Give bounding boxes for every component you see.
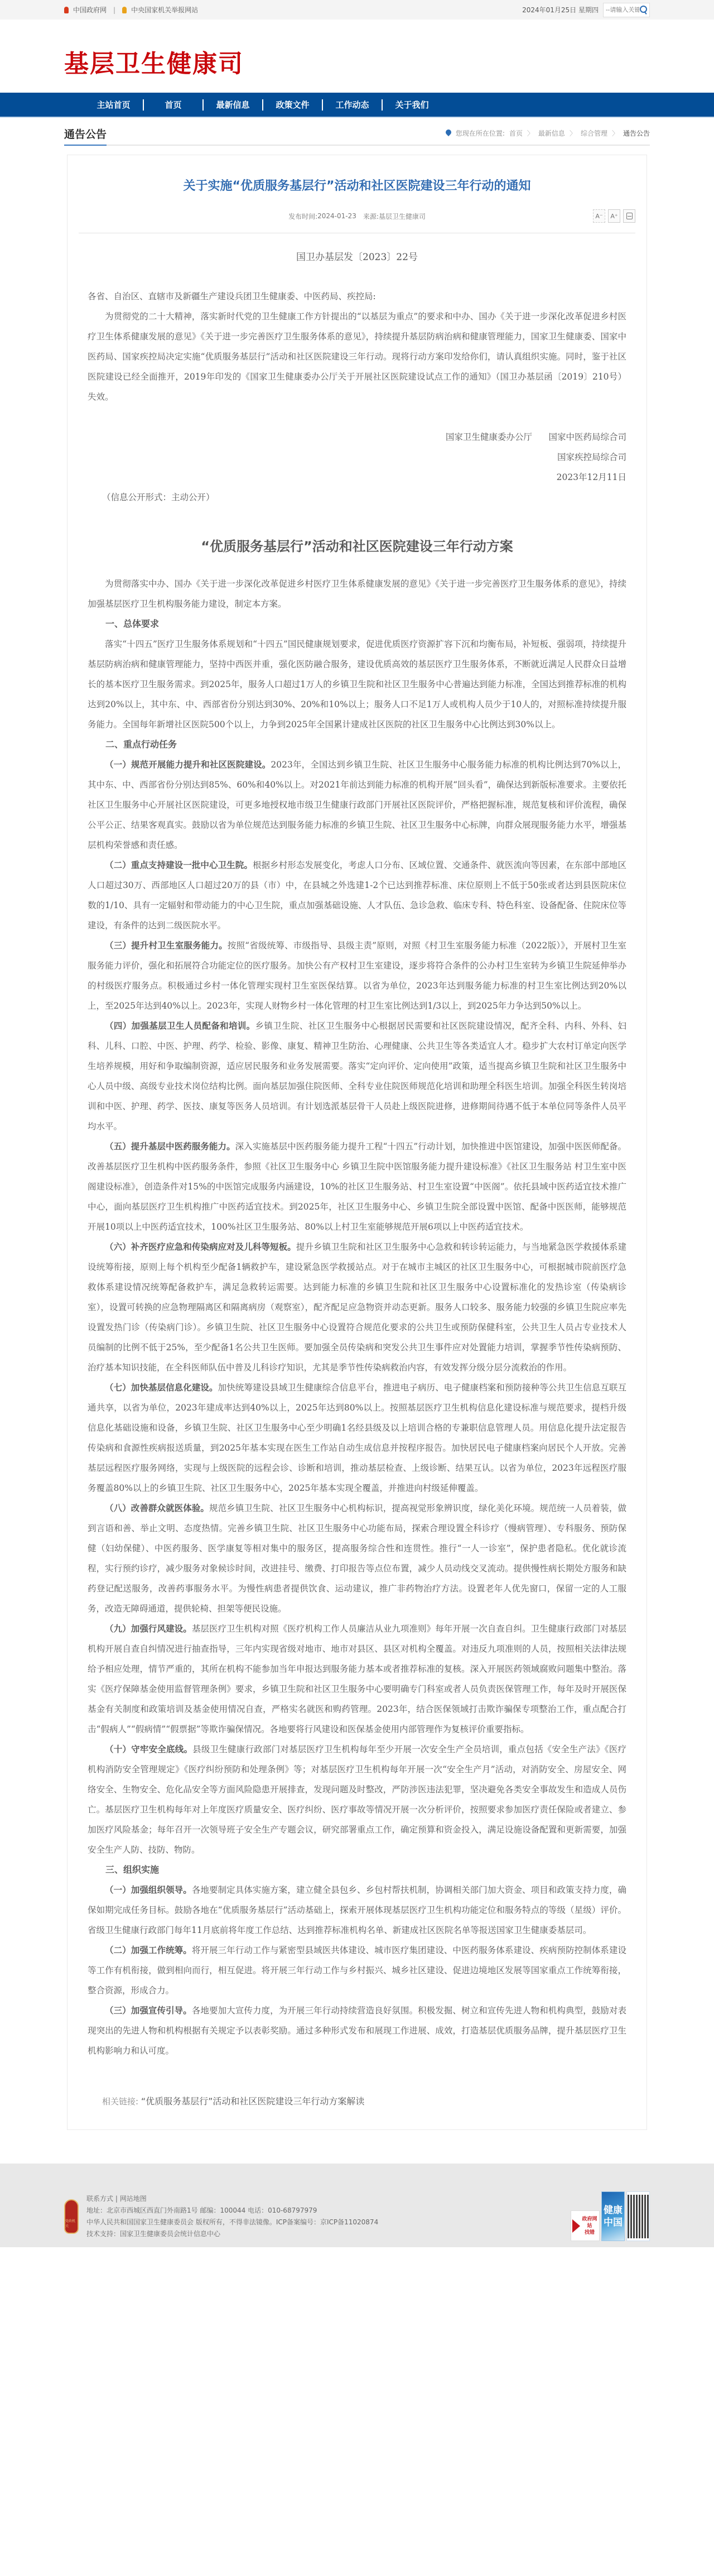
signer-1: 国家卫生健康委办公厅 [446, 432, 532, 442]
chevron-right-icon: 〉 [527, 128, 534, 138]
task-lead: （六）补齐医疗应急和传染病应对及儿科等短板。 [105, 1241, 296, 1252]
publish-label: 发布时间: [288, 212, 317, 221]
chevron-right-icon: 〉 [570, 128, 576, 138]
task-paragraph: （五）提升基层中医药服务能力。深入实施基层中医药服务能力提升工程“十四五”行动计… [88, 1136, 626, 1237]
nav-latest-info[interactable]: 最新信息 [204, 99, 262, 111]
link-report-site[interactable]: 中央国家机关举报网站 [131, 5, 198, 15]
article-container: 关于实施“优质服务基层行”活动和社区医院建设三年行动的通知 发布时间: 2024… [67, 155, 647, 2130]
footer-address: 地址：北京市西城区西直门外南路1号 邮编：100044 电话：010-68797… [86, 2205, 378, 2217]
top-utility-bar: 中国政府网 | 中央国家机关举报网站 2024年01月25日 星期四 [0, 0, 714, 20]
source-label: 来源: [363, 212, 379, 221]
breadcrumb-latest-info[interactable]: 最新信息 [538, 128, 565, 138]
article-tools: A⁻ A⁺ [593, 209, 635, 223]
section-header: 通告公告 您现在所在位置: 首页 〉 最新信息 〉 综合管理 〉 通告公告 [64, 118, 650, 146]
print-icon [626, 213, 633, 219]
font-decrease-button[interactable]: A⁻ [593, 209, 605, 223]
divider [79, 233, 635, 233]
location-pin-icon [446, 129, 451, 137]
section-heading: 三、组织实施 [88, 1860, 626, 1880]
plan-body: 为贯彻落实中办、国办《关于进一步深化改革促进乡村医疗卫生体系健康发展的意见》《关… [79, 574, 635, 2061]
nav-policy-documents[interactable]: 政策文件 [263, 99, 322, 111]
footer-copyright: 中华人民共和国国家卫生健康委员会 版权所有，不得非法镜像。ICP备案编号：京IC… [86, 2217, 378, 2228]
site-header: 基层卫生健康司 [0, 20, 714, 93]
link-gov-cn[interactable]: 中国政府网 [73, 5, 107, 15]
article-title: 关于实施“优质服务基层行”活动和社区医院建设三年行动的通知 [79, 155, 635, 194]
task-lead: （一）加强组织领导。 [105, 1884, 192, 1895]
signer-2: 国家中医药局综合司 [548, 432, 626, 442]
notice-paragraph: 为贯彻党的二十大精神，落实新时代党的卫生健康工作方针提出的“以基层为重点”的要求… [88, 306, 626, 407]
task-paragraph: （七）加快基层信息化建设。加快统筹建设县域卫生健康综合信息平台，推进电子病历、电… [88, 1378, 626, 1498]
breadcrumb-home[interactable]: 首页 [509, 128, 523, 138]
task-paragraph: （二）重点支持建设一批中心卫生院。根据乡村形态发展变化，考虑人口分布、区域位置、… [88, 855, 626, 936]
task-lead: （二）重点支持建设一批中心卫生院。 [105, 860, 253, 870]
task-lead: （一）规范开展能力提升和社区医院建设。 [105, 759, 271, 770]
gov-emblem-icon [64, 7, 69, 13]
task-paragraph: （四）加强基层卫生人员配备和培训。乡镇卫生院、社区卫生服务中心根据居民需要和社区… [88, 1016, 626, 1136]
healthy-china-logo[interactable]: 健康中国 [601, 2191, 625, 2241]
find-error-icon [572, 2219, 580, 2233]
related-links: 相关链接: “优质服务基层行”活动和社区医院建设三年行动方案解读 [79, 2094, 635, 2107]
signature-block: 国家卫生健康委办公厅 国家中医药局综合司 国家疾控局综合司 2023年12月11… [79, 427, 635, 487]
section-heading: 二、重点行动任务 [88, 735, 626, 755]
search-box [603, 3, 650, 17]
signature-date: 2023年12月11日 [79, 467, 626, 487]
publish-date: 2024-01-23 [317, 212, 356, 220]
task-paragraph: （八）改善群众就医体验。规范乡镇卫生院、社区卫生服务中心机构标识，提高视觉形象辨… [88, 1498, 626, 1619]
plan-title: “优质服务基层行”活动和社区医院建设三年行动方案 [79, 535, 635, 555]
task-paragraph: （一）加强组织领导。各地要制定具体实施方案，建立健全县包乡、乡包村帮扶机制，协调… [88, 1880, 626, 1940]
signer-3: 国家疾控局综合司 [79, 447, 626, 467]
site-title-logo[interactable]: 基层卫生健康司 [64, 44, 650, 79]
search-input[interactable] [604, 7, 639, 13]
section-title: 通告公告 [64, 126, 107, 146]
task-paragraph: （一）规范开展能力提升和社区医院建设。2023年，全国达到乡镇卫生院、社区卫生服… [88, 755, 626, 855]
plan-intro: 为贯彻落实中办、国办《关于进一步深化改革促进乡村医疗卫生体系健康发展的意见》《关… [88, 574, 626, 614]
article-meta: 发布时间: 2024-01-23 来源: 基层卫生健康司 A⁻ A⁺ [79, 209, 635, 223]
task-lead: （三）提升村卫生室服务能力。 [105, 940, 228, 951]
link-separator: | [113, 6, 115, 14]
breadcrumb-prefix: 您现在所在位置: [456, 128, 505, 138]
external-links: 中国政府网 | 中央国家机关举报网站 [64, 5, 198, 15]
task-lead: （七）加快基层信息化建设。 [105, 1382, 218, 1393]
task-paragraph: （十）守牢安全底线。县级卫生健康行政部门对基层医疗卫生机构每年至少开展一次安全生… [88, 1739, 626, 1860]
task-lead: （二）加强工作统筹。 [105, 1945, 192, 1955]
disclosure-note: （信息公开形式：主动公开） [79, 487, 635, 507]
section-heading: 一、总体要求 [88, 614, 626, 634]
font-increase-button[interactable]: A⁺ [608, 209, 620, 223]
nav-about-us[interactable]: 关于我们 [383, 99, 441, 111]
task-paragraph: （二）加强工作统筹。将开展三年行动工作与紧密型县域医共体建设、城市医疗集团建设、… [88, 1940, 626, 2001]
main-nav: 主站首页 首页 最新信息 政策文件 工作动态 关于我们 [0, 93, 714, 118]
document-number: 国卫办基层发〔2023〕22号 [79, 249, 635, 263]
source-value: 基层卫生健康司 [379, 212, 426, 221]
task-paragraph: （三）提升村卫生室服务能力。按照“省级统筹、市级指导、县级主责”原则，对照《村卫… [88, 936, 626, 1016]
related-link-interpretation[interactable]: “优质服务基层行”活动和社区医院建设三年行动方案解读 [141, 2096, 365, 2107]
nav-main-site-home[interactable]: 主站首页 [84, 99, 143, 111]
task-lead: （九）加强行风建设。 [105, 1623, 192, 1634]
search-icon[interactable] [639, 5, 648, 15]
notice-body: 各省、自治区、直辖市及新疆生产建设兵团卫生健康委、中医药局、疾控局: 为贯彻党的… [79, 286, 635, 407]
chevron-right-icon: 〉 [612, 128, 619, 138]
footer-link-contact[interactable]: 联系方式 [86, 2195, 113, 2203]
task-paragraph: （六）补齐医疗应急和传染病应对及儿科等短板。提升乡镇卫生院和社区卫生服务中心急救… [88, 1237, 626, 1378]
report-site-icon [122, 7, 127, 13]
nav-work-updates[interactable]: 工作动态 [323, 99, 382, 111]
print-button[interactable] [623, 209, 635, 223]
breadcrumb: 您现在所在位置: 首页 〉 最新信息 〉 综合管理 〉 通告公告 [446, 128, 650, 145]
task-lead: （八）改善群众就医体验。 [105, 1503, 209, 1513]
gov-site-find-error-button[interactable]: 政府网站找错 [571, 2210, 600, 2241]
task-lead: （五）提升基层中医药服务能力。 [105, 1141, 235, 1152]
task-lead: （十）守牢安全底线。 [105, 1744, 192, 1754]
party-gov-badge-icon[interactable]: 党政机关 [64, 2199, 79, 2234]
qr-code-icon [626, 2191, 650, 2241]
footer-link-sitemap[interactable]: 网站地图 [120, 2195, 147, 2203]
site-footer: 党政机关 联系方式 | 网站地图 地址：北京市西城区西直门外南路1号 邮编：10… [0, 2164, 714, 2247]
task-lead: （三）加强宣传引导。 [105, 2005, 192, 2016]
task-paragraph: （九）加强行风建设。基层医疗卫生机构对照《医疗机构工作人员廉洁从业九项准则》每年… [88, 1619, 626, 1739]
addressee: 各省、自治区、直辖市及新疆生产建设兵团卫生健康委、中医药局、疾控局: [88, 286, 626, 306]
breadcrumb-general-management[interactable]: 综合管理 [581, 128, 607, 138]
current-date: 2024年01月25日 星期四 [522, 5, 599, 15]
task-paragraph: （三）加强宣传引导。各地要加大宣传力度，为开展三年行动持续营造良好氛围。积极发掘… [88, 2001, 626, 2061]
breadcrumb-current: 通告公告 [623, 128, 650, 138]
footer-support: 技术支持：国家卫生健康委员会统计信息中心 [86, 2228, 378, 2240]
section-paragraph: 落实“十四五”医疗卫生服务体系规划和“十四五”国民健康规划要求，促进优质医疗资源… [88, 634, 626, 735]
related-label: 相关链接: [102, 2097, 138, 2107]
task-lead: （四）加强基层卫生人员配备和培训。 [105, 1020, 255, 1031]
nav-home[interactable]: 首页 [144, 99, 202, 111]
